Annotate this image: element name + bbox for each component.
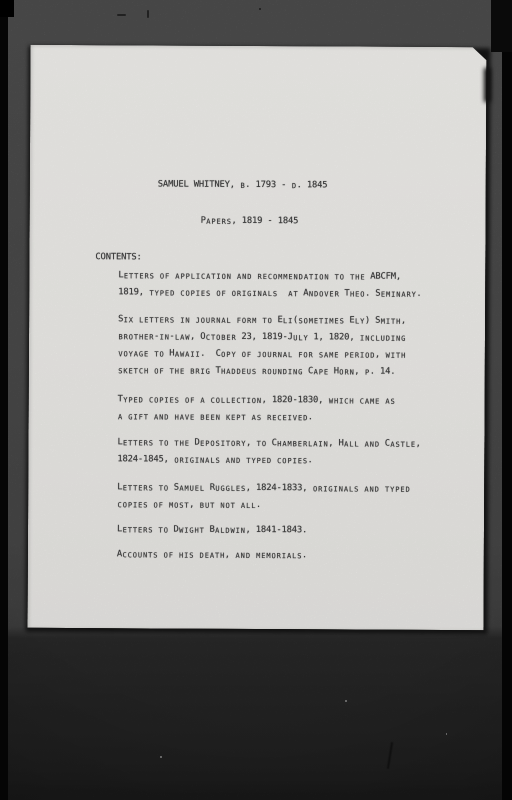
contents-entry: TYPED COPIES OF A COLLECTION, 1820-1830,… [118,391,396,426]
contents-entry-line: VOYAGE TO HAWAII. COPY OF JOURNAL FOR SA… [118,345,406,364]
contents-entry-line: 1819, TYPED COPIES OF ORIGINALS AT ANDOV… [118,284,421,303]
contents-list: LETTERS OF APPLICATION AND RECOMMENDATIO… [27,45,486,630]
contents-entry-line: LETTERS TO SAMUEL RUGGLES, 1824-1833, OR… [117,479,410,498]
contents-entry: LETTERS OF APPLICATION AND RECOMMENDATIO… [118,267,421,303]
contents-entry: SIX LETTERS IN JOURNAL FORM TO ELI(SOMET… [118,311,406,381]
microfilm-frame: SAMUEL WHITNEY, B. 1793 - D. 1845 PAPERS… [0,0,512,800]
film-speck [160,756,162,758]
film-edge-left [0,0,8,800]
contents-entry-line: LETTERS OF APPLICATION AND RECOMMENDATIO… [118,267,421,286]
contents-entry: ACCOUNTS OF HIS DEATH, AND MEMORIALS. [117,546,307,564]
contents-entry: LETTERS TO SAMUEL RUGGLES, 1824-1833, OR… [117,479,410,515]
contents-entry: LETTERS TO THE DEPOSITORY, TO CHAMBERLAI… [117,434,420,470]
document-page: SAMUEL WHITNEY, B. 1793 - D. 1845 PAPERS… [27,45,486,630]
contents-entry-line: LETTERS TO THE DEPOSITORY, TO CHAMBERLAI… [117,434,420,453]
film-speck [147,10,149,18]
contents-entry-line: BROTHER-IN-LAW, OCTOBER 23, 1819-JULY 1,… [118,328,406,347]
film-speck [259,8,261,10]
contents-entry-line: A GIFT AND HAVE BEEN KEPT AS RECEIVED. [118,408,396,426]
contents-entry: LETTERS TO DWIGHT BALDWIN, 1841-1843. [117,521,307,539]
contents-entry-line: SKETCH OF THE BRIG THADDEUS ROUNDING CAP… [118,362,406,381]
film-smudge [484,68,491,102]
contents-entry-line: SIX LETTERS IN JOURNAL FORM TO ELI(SOMET… [118,311,406,330]
film-corner-notch [0,0,14,17]
film-edge-right-top [491,0,512,52]
contents-entry-line: ACCOUNTS OF HIS DEATH, AND MEMORIALS. [117,546,307,564]
contents-entry-line: COPIES OF MOST, BUT NOT ALL. [117,496,410,515]
film-speck [117,14,126,16]
contents-entry-line: 1824-1845, ORIGINALS AND TYPED COPIES. [117,451,420,470]
contents-entry-line: LETTERS TO DWIGHT BALDWIN, 1841-1843. [117,521,307,539]
contents-entry-line: TYPED COPIES OF A COLLECTION, 1820-1830,… [118,391,396,409]
film-edge-right [502,0,512,800]
film-speck [446,733,447,735]
film-speck [345,700,347,702]
